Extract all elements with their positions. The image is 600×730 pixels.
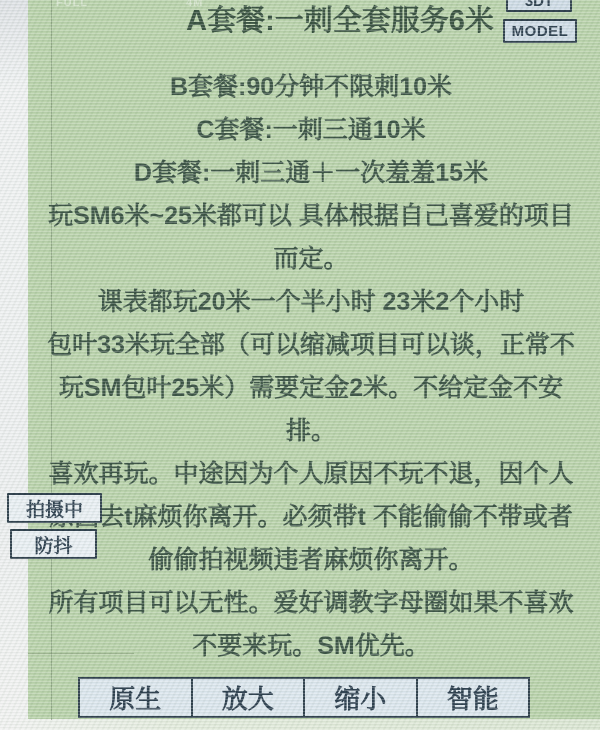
body-text-line: 不要来玩。SM优先。 — [30, 625, 592, 668]
hud-full-label: FULL — [56, 0, 88, 9]
body-text-block: B套餐:90分钟不限刺10米 C套餐:一刺三通10米 D套餐:一刺三通＋一次羞羞… — [30, 66, 592, 668]
screen-photo-bottom-band — [0, 719, 600, 730]
body-text-line: D套餐:一刺三通＋一次羞羞15米 — [30, 152, 592, 195]
body-text-line: C套餐:一刺三通10米 — [30, 109, 592, 152]
model-button[interactable]: MODEL — [503, 19, 577, 43]
page-title: A套餐:一刺全套服务6米 — [130, 0, 550, 39]
camera-preview-screen: FULL 4M A套餐:一刺全套服务6米 3DT MODEL B套餐:90分钟不… — [0, 0, 600, 730]
zoom-in-button[interactable]: 放大 — [191, 679, 304, 716]
bottom-mode-bar: 原生 放大 缩小 智能 — [78, 677, 530, 718]
smart-mode-button[interactable]: 智能 — [416, 679, 529, 716]
body-text-line: 课表都玩20米一个半小时 23米2个小时 — [30, 281, 592, 324]
body-text-line: B套餐:90分钟不限刺10米 — [30, 66, 592, 109]
screen-photo-left-band — [0, 0, 28, 730]
3dt-button[interactable]: 3DT — [506, 0, 572, 12]
native-mode-button[interactable]: 原生 — [80, 679, 191, 716]
body-text-line: 所有项目可以无性。爱好调教字母圈如果不喜欢 — [30, 582, 592, 625]
body-text-line: 排。 — [30, 410, 592, 453]
zoom-out-button[interactable]: 缩小 — [303, 679, 416, 716]
body-text-line: 喜欢再玩。中途因为个人原因不玩不退，因个人 — [30, 453, 592, 496]
body-text-line: 偷偷拍视频违者麻烦你离开。 — [30, 539, 592, 582]
body-text-line: 玩SM6米~25米都可以 具体根据自己喜爱的项目 — [30, 195, 592, 238]
body-text-line: 而定。 — [30, 238, 592, 281]
body-text-line: 玩SM包叶25米）需要定金2米。不给定金不安 — [30, 367, 592, 410]
body-text-line: 原因去t麻烦你离开。必须带t 不能偷偷不带或者 — [30, 496, 592, 539]
recording-status-button[interactable]: 拍摄中 — [7, 493, 102, 523]
anti-shake-button[interactable]: 防抖 — [10, 529, 97, 559]
body-text-line: 包叶33米玩全部（可以缩减项目可以谈，正常不 — [30, 324, 592, 367]
